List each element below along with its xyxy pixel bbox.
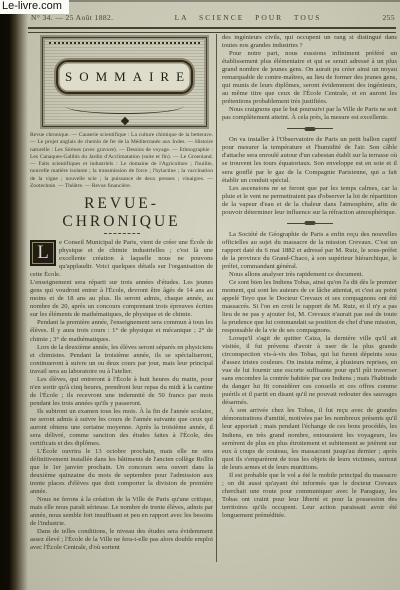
separator-rule: [287, 128, 333, 129]
paragraph: Pendant la première année, l'enseignemen…: [30, 319, 213, 343]
paragraph: L'École ouvrira le 13 octobre prochain, …: [30, 448, 213, 496]
header-double-rule: [28, 27, 396, 33]
paragraph: Le Conseil Municipal de Paris, vient de …: [30, 239, 213, 279]
sommaire-ornament-frame: SOMMAIRE: [42, 37, 207, 127]
right-column-body: des ingénieurs civils, qui occupent un r…: [222, 34, 397, 520]
watermark-label: Le-livre.com: [0, 0, 69, 14]
paragraph: Nous craignons que le but poursuivi par …: [222, 106, 397, 122]
paragraph: Pour notre part, nous eussions infinimen…: [222, 50, 397, 106]
text-columns: SOMMAIRE Revue chronique. — Causerie sci…: [30, 34, 397, 562]
page-header: N° 34. — 25 Août 1882. LA SCIENCE POUR T…: [31, 13, 395, 22]
paragraph: Nous ne ferons à la création de la Ville…: [30, 496, 213, 528]
sommaire-title: SOMMAIRE: [56, 60, 193, 94]
page-number: 255: [383, 13, 395, 22]
issue-number-and-date: N° 34. — 25 Août 1882.: [31, 13, 113, 22]
paragraph: À son arrivée chez les Tobas, il fut reç…: [222, 407, 397, 471]
paragraph: Les élèves, qui entreront à l'École à hu…: [30, 376, 213, 408]
left-column: SOMMAIRE Revue chronique. — Causerie sci…: [30, 34, 216, 562]
separator-rule: [287, 223, 333, 224]
paragraph: Lorsqu'il s'agit de quitter Caiza, la de…: [222, 335, 397, 407]
book-spine-shadow: [0, 0, 28, 590]
paragraph: des ingénieurs civils, qui occupent un r…: [222, 34, 397, 50]
heading-ornament-rule: [104, 233, 140, 234]
right-column: des ingénieurs civils, qui occupent un r…: [216, 34, 397, 562]
article-heading: REVUE-CHRONIQUE: [30, 195, 213, 231]
paragraph: Nous allons analyser très rapidement ce …: [222, 271, 397, 279]
paragraph: Ils subiront un examen tous les mois. À …: [30, 408, 213, 448]
paragraph: La Société de Géographie de Paris a enfi…: [222, 231, 397, 271]
dropcap-initial: L: [30, 240, 56, 266]
paragraph: Il est probable que le vol a été le mobi…: [222, 472, 397, 520]
journal-page: Le-livre.com N° 34. — 25 Août 1882. LA S…: [0, 0, 400, 590]
section-separator: [222, 125, 397, 133]
paragraph: Les ascensions ne se feront que par les …: [222, 185, 397, 217]
left-column-body: Le Conseil Municipal de Paris, vient de …: [30, 239, 213, 552]
journal-title: LA SCIENCE POUR TOUS: [175, 13, 322, 22]
sommaire-pendant-ornament: [120, 117, 128, 125]
sommaire-contents-text: Revue chronique. — Causerie scientifique…: [30, 132, 213, 190]
paragraph: Ce sont bien les Indiens Tobas, ainsi qu…: [222, 279, 397, 335]
paragraph: Lors de la deuxième année, les élèves se…: [30, 344, 213, 376]
section-separator: [222, 220, 397, 228]
paragraph: L'enseignement sera réparti sur trois an…: [30, 279, 213, 319]
paragraph: Dans de telles conditions, le niveau des…: [30, 528, 213, 552]
paragraph: On va installer à l'Observatoire de Pari…: [222, 136, 397, 184]
